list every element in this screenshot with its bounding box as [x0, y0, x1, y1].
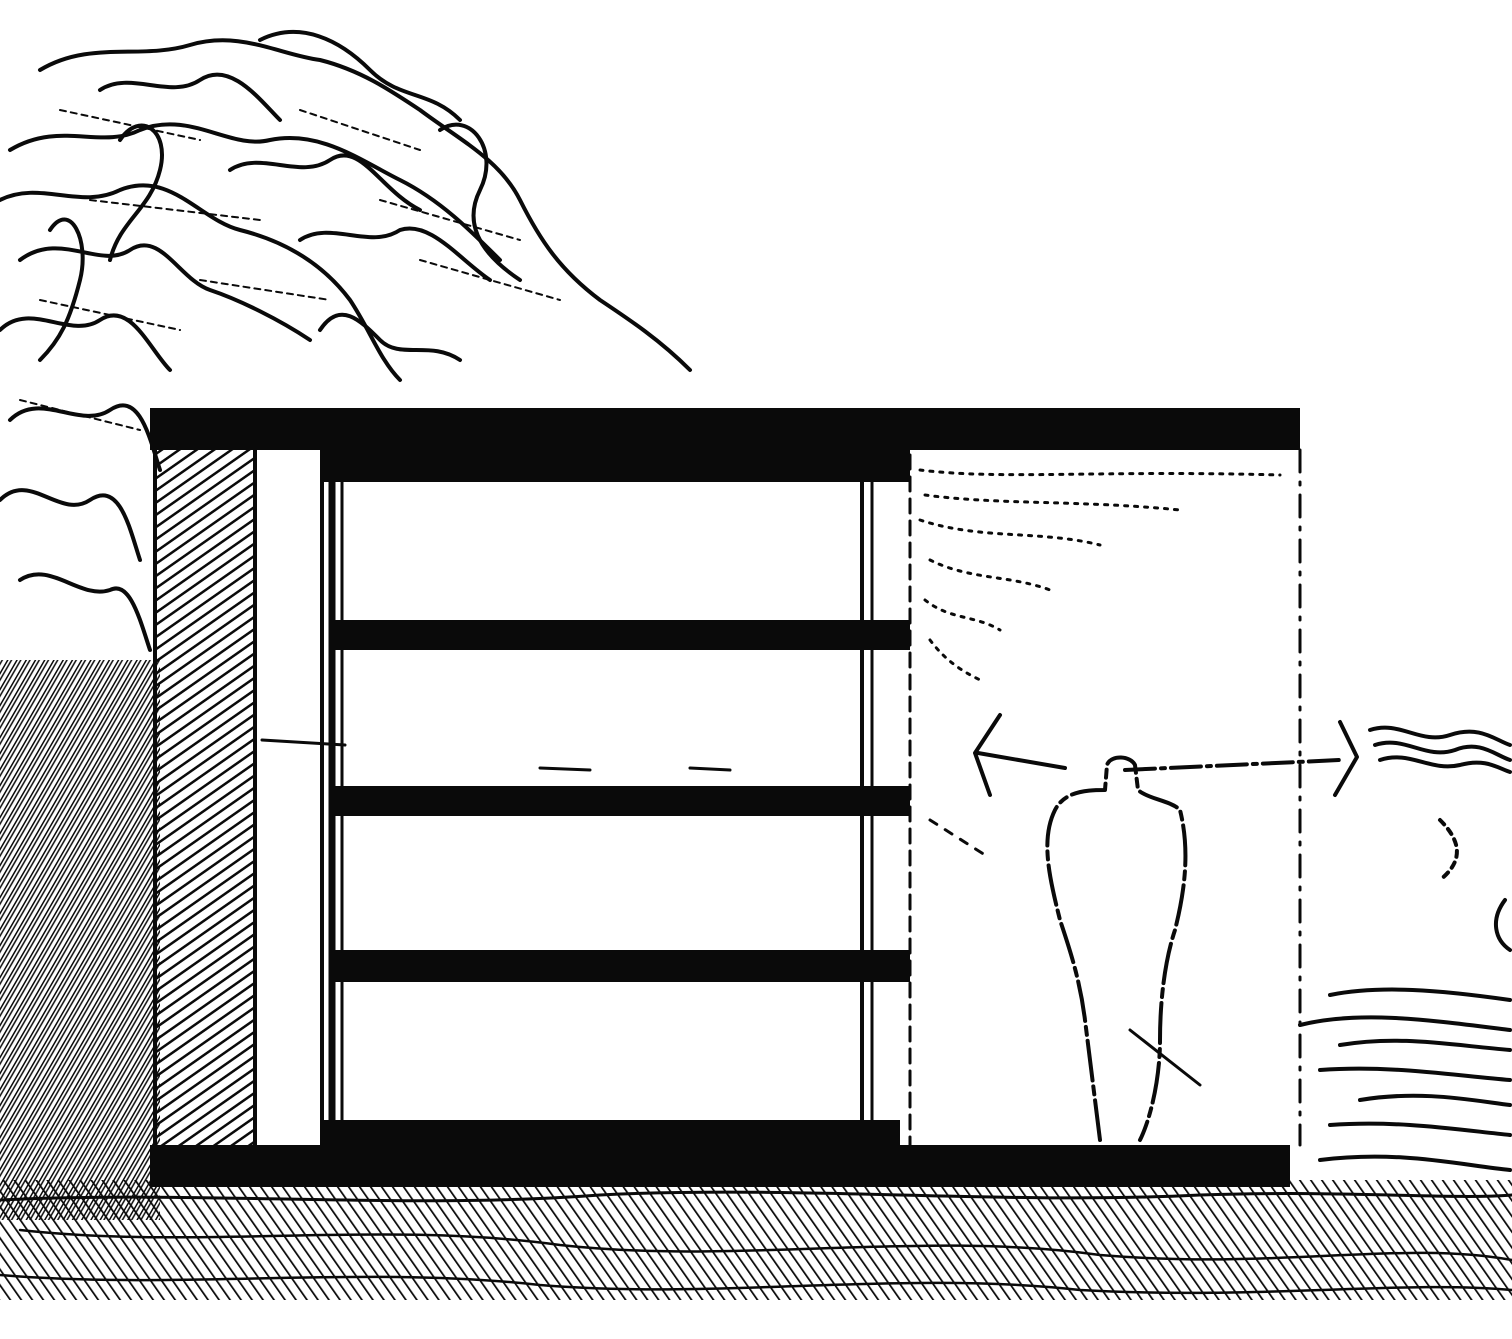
hatched-wall [155, 450, 255, 1145]
louvres [330, 620, 910, 982]
glazed-bay [910, 450, 1300, 1145]
hatched-ground [0, 1180, 1512, 1300]
shrub-right [1300, 728, 1510, 1170]
hedge-lower-left [0, 660, 160, 1220]
building [150, 408, 1357, 1187]
base-slab [150, 1145, 1290, 1187]
human-figure [1047, 758, 1185, 1141]
